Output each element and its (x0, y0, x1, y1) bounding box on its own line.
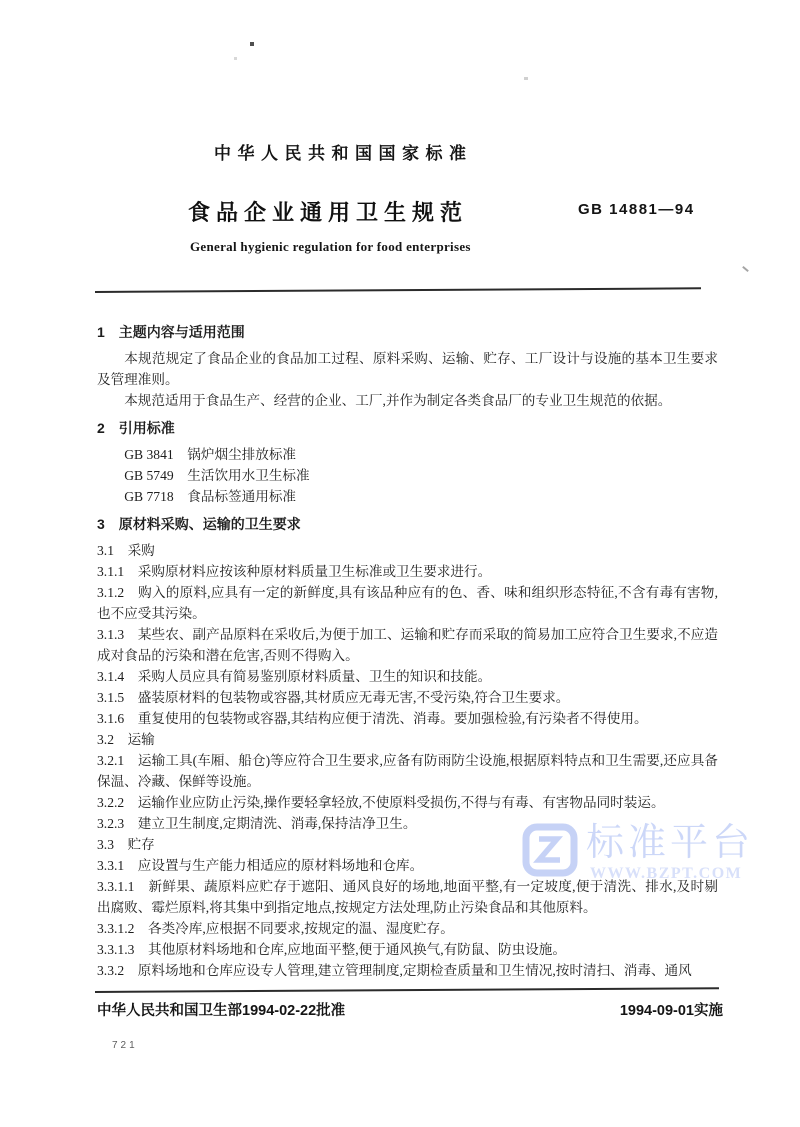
document-page: 中华人民共和国国家标准 食品企业通用卫生规范 GB 14881—94 Gener… (0, 0, 800, 1127)
text-line: 3.2.2 运输作业应防止污染,操作要轻拿轻放,不使原料受损伤,不得与有毒、有害… (97, 792, 718, 813)
scan-artifact (250, 42, 254, 46)
text-line: 3.1 采购 (97, 540, 718, 561)
text-line: 3.1.6 重复使用的包装物或容器,其结构应便于清洗、消毒。要加强检验,有污染者… (97, 708, 718, 729)
text-line: 3 原材料采购、运输的卫生要求 (97, 514, 718, 535)
standard-number: GB 14881—94 (578, 201, 695, 218)
text-line: GB 7718 食品标签通用标准 (97, 486, 718, 507)
text-line: 3.3 贮存 (97, 834, 718, 855)
document-body: 1 主题内容与适用范围本规范规定了食品企业的食品加工过程、原料采购、运输、贮存、… (97, 322, 718, 981)
text-line: 3.1.5 盛装原材料的包装物或容器,其材质应无毒无害,不受污染,符合卫生要求。 (97, 687, 718, 708)
text-line: GB 5749 生活饮用水卫生标准 (97, 465, 718, 486)
scan-artifact (742, 266, 749, 272)
text-line: 本规范适用于食品生产、经营的企业、工厂,并作为制定各类食品厂的专业卫生规范的依据… (97, 390, 718, 411)
text-line: GB 3841 锅炉烟尘排放标准 (97, 444, 718, 465)
text-line: 3.3.1.2 各类冷库,应根据不同要求,按规定的温、湿度贮存。 (97, 918, 718, 939)
footer-divider (95, 987, 719, 993)
text-line: 3.2 运输 (97, 729, 718, 750)
standard-label: 中华人民共和国国家标准 (214, 139, 473, 164)
text-line: 3.2.3 建立卫生制度,定期清洗、消毒,保持洁净卫生。 (97, 813, 718, 834)
text-line: 3.3.2 原料场地和仓库应设专人管理,建立管理制度,定期检查质量和卫生情况,按… (97, 960, 718, 981)
subtitle-english: General hygienic regulation for food ent… (190, 239, 471, 255)
page-number: 721 (112, 1040, 138, 1051)
text-line: 本规范规定了食品企业的食品加工过程、原料采购、运输、贮存、工厂设计与设施的基本卫… (97, 348, 718, 390)
text-line: 3.3.1.3 其他原材料场地和仓库,应地面平整,便于通风换气,有防鼠、防虫设施… (97, 939, 718, 960)
text-line: 1 主题内容与适用范围 (97, 322, 718, 343)
text-line: 2 引用标准 (97, 418, 718, 439)
text-line: 3.1.1 采购原材料应按该种原材料质量卫生标准或卫生要求进行。 (97, 561, 718, 582)
footer-approved-by: 中华人民共和国卫生部1994-02-22批准 (97, 999, 345, 1020)
footer-effective-date: 1994-09-01实施 (620, 999, 723, 1020)
text-line: 3.3.1.1 新鲜果、蔬原料应贮存于遮阳、通风良好的场地,地面平整,有一定坡度… (97, 876, 718, 918)
text-line: 3.1.3 某些农、副产品原料在采收后,为便于加工、运输和贮存而采取的简易加工应… (97, 624, 718, 666)
header-divider (95, 287, 701, 292)
page-title: 食品企业通用卫生规范 (188, 196, 468, 227)
scan-artifact (524, 77, 528, 80)
text-line: 3.2.1 运输工具(车厢、船仓)等应符合卫生要求,应备有防雨防尘设施,根据原料… (97, 750, 718, 792)
scan-artifact (234, 57, 237, 60)
text-line: 3.1.4 采购人员应具有简易鉴别原材料质量、卫生的知识和技能。 (97, 666, 718, 687)
text-line: 3.1.2 购入的原料,应具有一定的新鲜度,具有该品种应有的色、香、味和组织形态… (97, 582, 718, 624)
text-line: 3.3.1 应设置与生产能力相适应的原材料场地和仓库。 (97, 855, 718, 876)
